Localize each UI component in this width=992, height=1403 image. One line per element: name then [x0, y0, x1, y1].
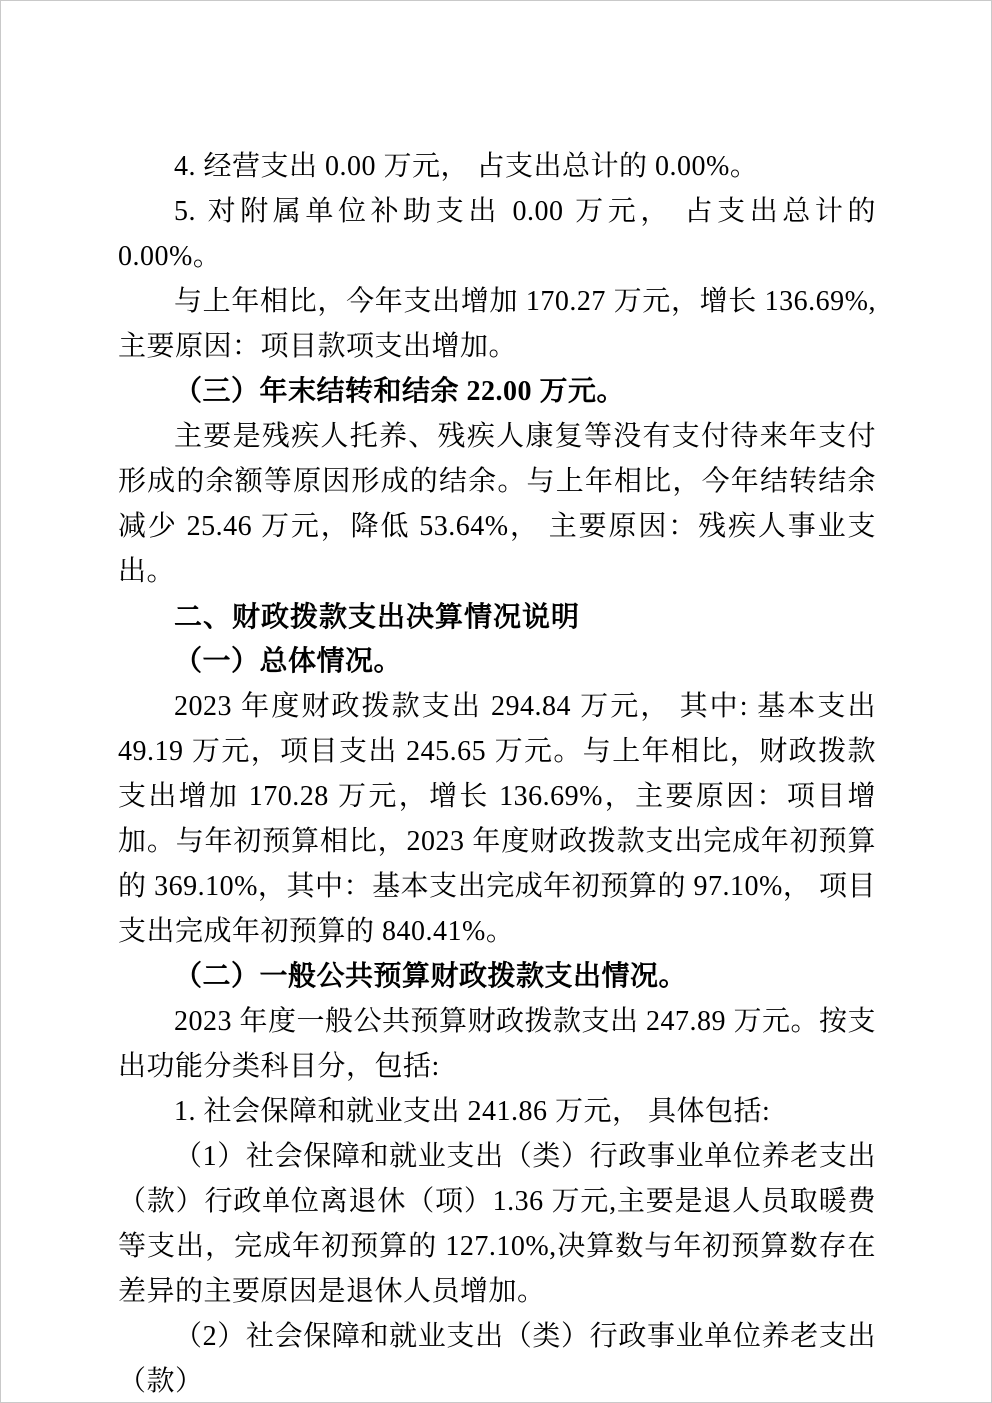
section-heading: （二）一般公共预算财政拨款支出情况。	[118, 954, 876, 999]
paragraph: （1）社会保障和就业支出（类）行政事业单位养老支出（款）行政单位离退休（项）1.…	[118, 1134, 876, 1314]
paragraph: 2023 年度财政拨款支出 294.84 万元， 其中: 基本支出 49.19 …	[118, 684, 876, 954]
document-body: 4. 经营支出 0.00 万元， 占支出总计的 0.00%。5. 对附属单位补助…	[118, 144, 876, 1403]
section-heading: （三）年末结转和结余 22.00 万元。	[118, 369, 876, 414]
paragraph: 4. 经营支出 0.00 万元， 占支出总计的 0.00%。	[118, 144, 876, 189]
document-page: 4. 经营支出 0.00 万元， 占支出总计的 0.00%。5. 对附属单位补助…	[0, 0, 992, 1403]
paragraph: （2）社会保障和就业支出（类）行政事业单位养老支出（款）	[118, 1314, 876, 1403]
paragraph: 2023 年度一般公共预算财政拨款支出 247.89 万元。按支出功能分类科目分…	[118, 999, 876, 1089]
paragraph: 与上年相比，今年支出增加 170.27 万元，增长 136.69%,主要原因：项…	[118, 279, 876, 369]
paragraph: 5. 对附属单位补助支出 0.00 万元， 占支出总计的 0.00%。	[118, 189, 876, 279]
paragraph: 1. 社会保障和就业支出 241.86 万元， 具体包括:	[118, 1089, 876, 1134]
paragraph: 主要是残疾人托养、残疾人康复等没有支付待来年支付形成的余额等原因形成的结余。与上…	[118, 414, 876, 594]
section-heading: 二、财政拨款支出决算情况说明	[118, 594, 876, 639]
section-heading: （一）总体情况。	[118, 639, 876, 684]
